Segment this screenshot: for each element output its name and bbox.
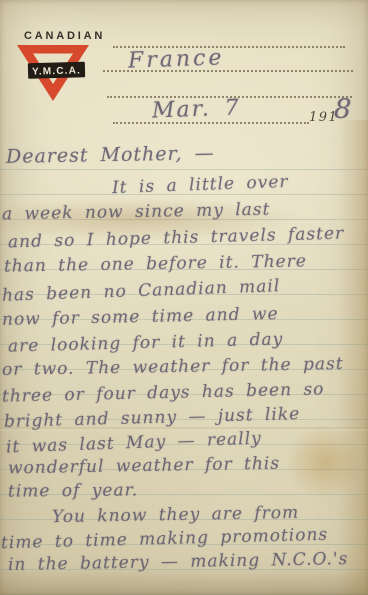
letter-line: a week now since my last xyxy=(2,202,271,224)
letter-line: time of year. xyxy=(8,482,138,500)
paper-stain xyxy=(0,569,368,595)
letter-line: three or four days has been so xyxy=(2,381,325,405)
letter-line: You know they are from xyxy=(52,505,299,526)
ymca-triangle-icon: Y.M.C.A. xyxy=(14,42,92,104)
letter-line: in the battery — making N.C.O.'s xyxy=(8,551,349,574)
ruled-lines xyxy=(0,145,368,595)
header-dotted-line xyxy=(113,122,309,124)
letter-line: are looking for it in a day xyxy=(8,331,284,355)
letter-line: now for some time and we xyxy=(2,306,279,329)
header-dotted-line xyxy=(103,70,353,72)
paper-crease xyxy=(0,427,368,431)
canadian-label: CANADIAN xyxy=(24,30,105,42)
header-dotted-line xyxy=(113,46,345,48)
paper-stain xyxy=(338,120,368,595)
letter-line: and so I hope this travels faster xyxy=(8,226,345,252)
letter-line: wonderful weather for this xyxy=(8,456,280,478)
ymca-label: Y.M.C.A. xyxy=(32,65,81,77)
letter-line: time to time making promotions xyxy=(1,527,329,553)
paper-stain xyxy=(283,422,367,502)
letter-line: has been no Canadian mail xyxy=(2,278,281,305)
header-dotted-line xyxy=(107,96,352,98)
printed-year: 191 xyxy=(309,110,338,125)
letter-line: it was last May — really xyxy=(6,431,262,457)
letter-page: CANADIAN Y.M.C.A. France Mar. 7 191 8 De… xyxy=(0,0,368,595)
paper-stain xyxy=(0,198,300,240)
letter-line: bright and sunny — just like xyxy=(4,406,301,431)
place-handwritten: France xyxy=(128,47,225,72)
letter-line: It is a little over xyxy=(112,174,289,197)
letter-line: or two. The weather for the past xyxy=(2,356,344,379)
salutation: Dearest Mother, — xyxy=(6,144,215,167)
date-handwritten: Mar. 7 xyxy=(152,97,241,122)
letter-line: than the one before it. There xyxy=(4,253,307,275)
